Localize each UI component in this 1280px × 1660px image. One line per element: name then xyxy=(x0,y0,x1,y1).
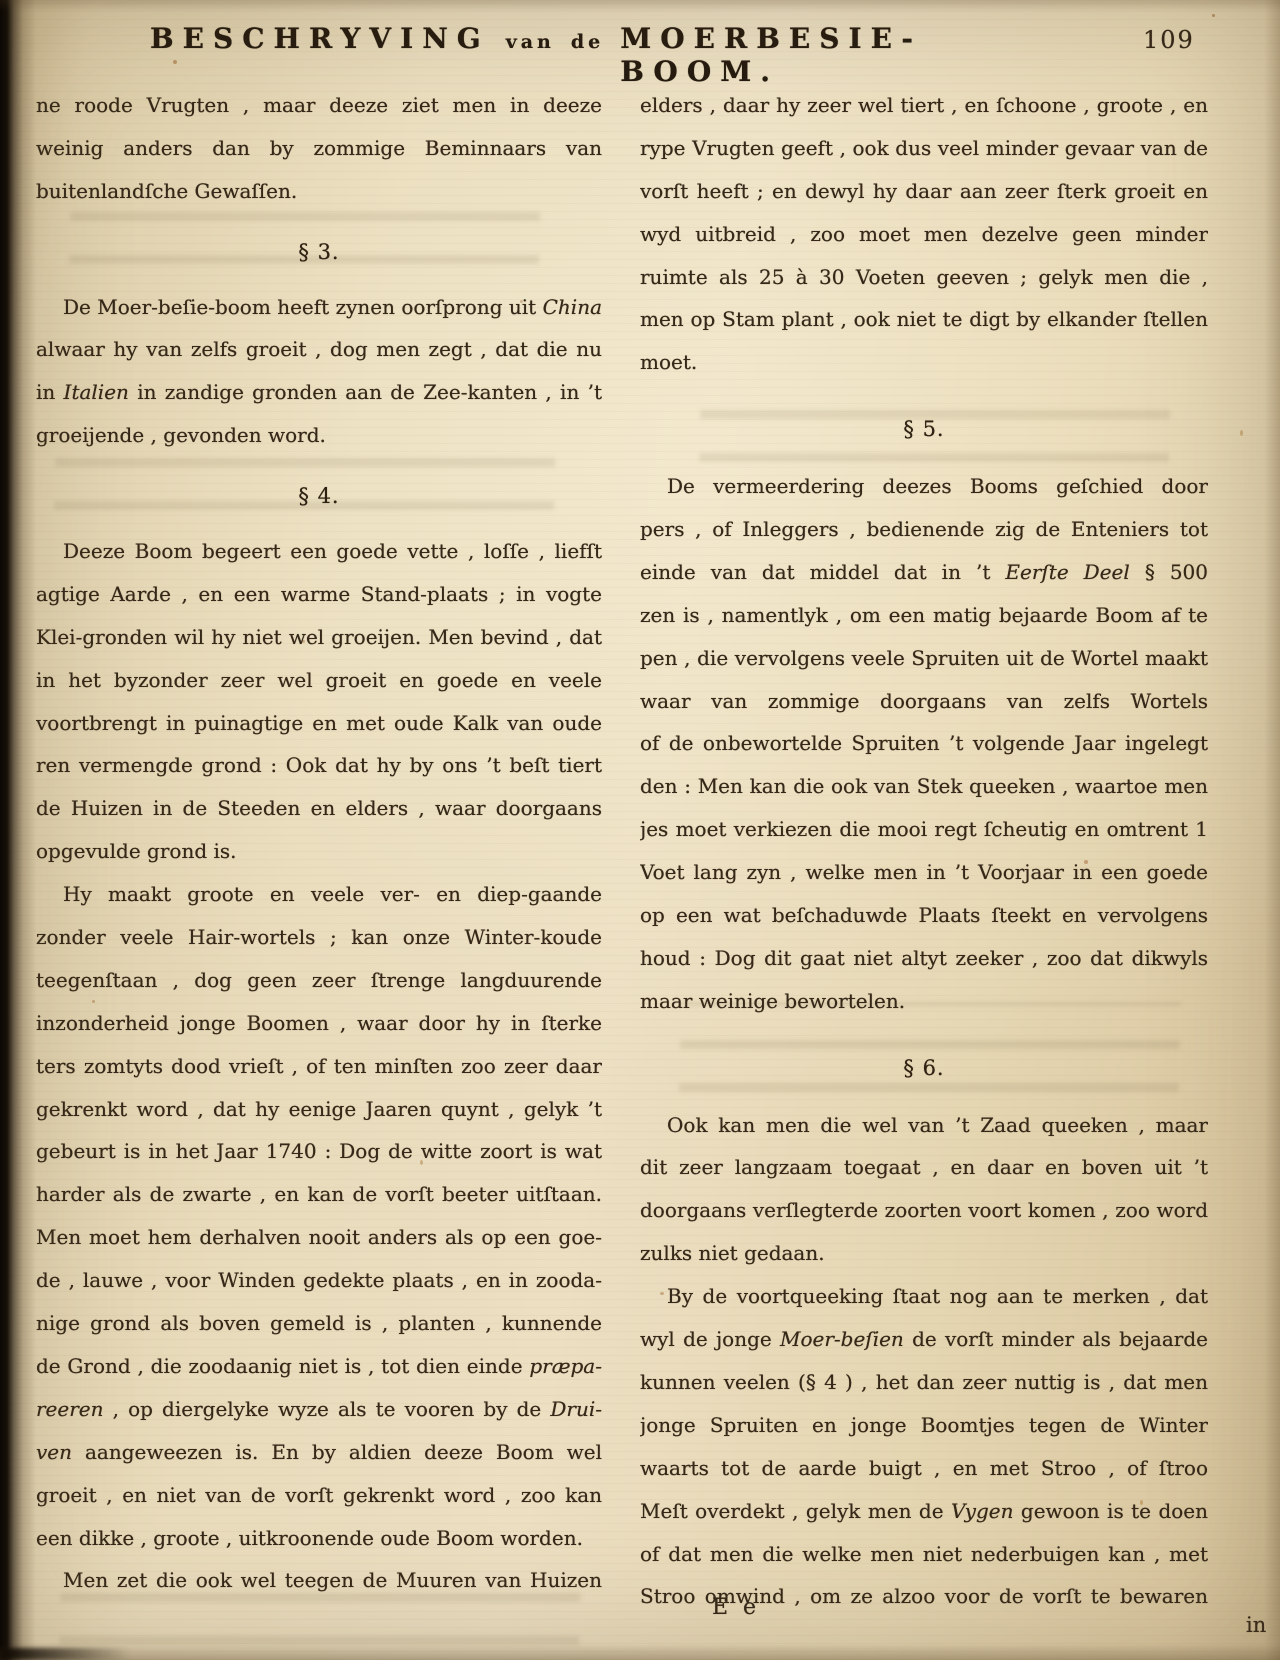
top-edge-shadow xyxy=(0,0,1280,12)
page-vignette xyxy=(0,0,1280,1660)
binding-edge-shadow xyxy=(0,0,36,1660)
right-edge-shadow xyxy=(1264,0,1280,1660)
bottom-left-corner-shadow xyxy=(0,1648,130,1660)
bottom-edge-shadow xyxy=(0,1644,1280,1660)
